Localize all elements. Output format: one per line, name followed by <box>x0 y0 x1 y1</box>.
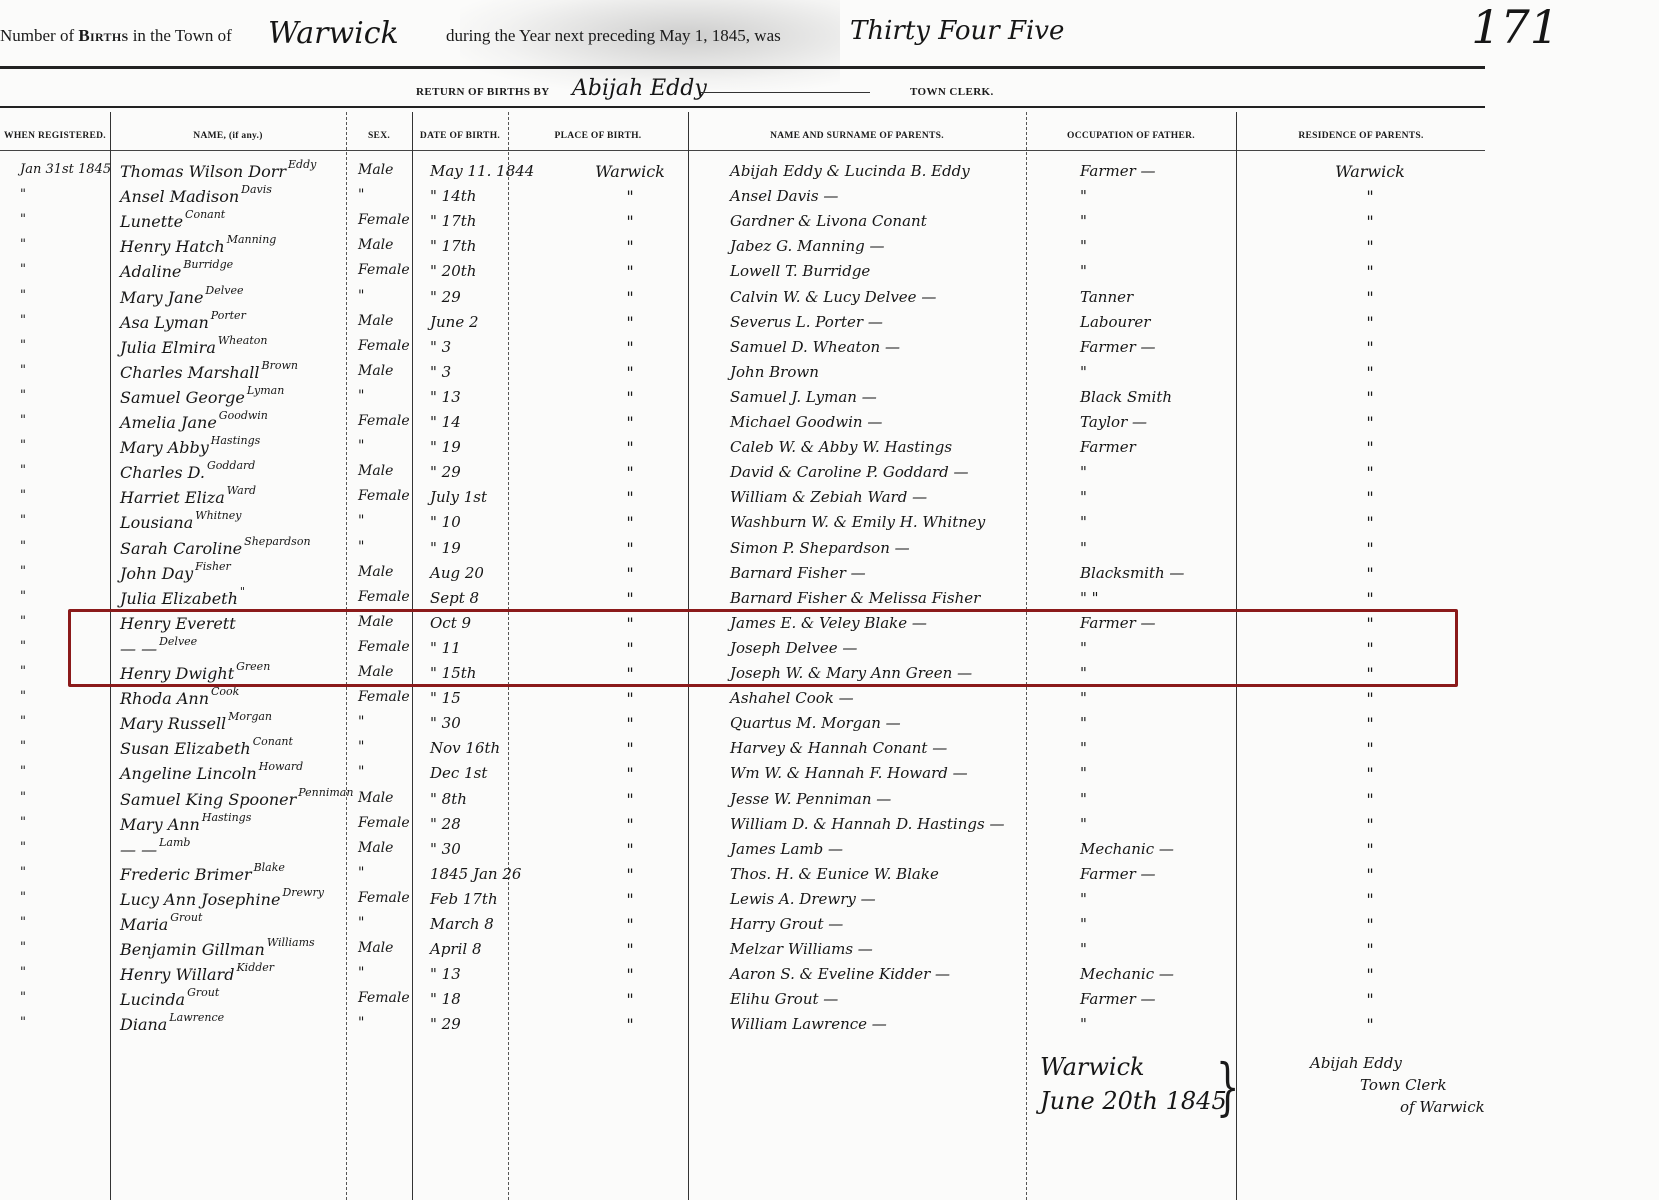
residence-cell: " <box>1300 940 1440 959</box>
table-row: " Henry HatchManning Male " 17th " Jabez… <box>0 235 1580 260</box>
surname: Hastings <box>211 434 261 447</box>
registered-cell: " <box>20 187 105 202</box>
surname: Eddy <box>288 158 316 171</box>
sex-cell: Female <box>358 338 418 354</box>
table-row: " Ansel MadisonDavis " " 14th " Ansel Da… <box>0 185 1580 210</box>
given-name: Samuel King Spooner <box>120 790 296 809</box>
surname: Wheaton <box>218 334 268 347</box>
sex-cell: Female <box>358 488 418 504</box>
place-cell: " <box>555 413 705 432</box>
birth-register-page: Number of Births in the Town of Warwick … <box>0 0 1659 1200</box>
return-line: RETURN OF BIRTHS BY Abijah Eddy TOWN CLE… <box>0 76 1580 106</box>
table-row: " Lucy Ann JosephineDrewry Female Feb 17… <box>0 888 1580 913</box>
given-name: Amelia Jane <box>120 413 217 432</box>
highlight-box <box>68 609 1458 687</box>
table-row: " Harriet ElizaWard Female July 1st " Wi… <box>0 486 1580 511</box>
parents-cell: Ashahel Cook — <box>730 689 1060 707</box>
place-cell: " <box>555 739 705 758</box>
table-row: " AdalineBurridge Female " 20th " Lowell… <box>0 260 1580 285</box>
date-cell: " 13 <box>430 388 525 406</box>
given-name: Charles Marshall <box>120 363 259 382</box>
parents-cell: Elihu Grout — <box>730 990 1060 1008</box>
date-cell: " 30 <box>430 714 525 732</box>
given-name: Diana <box>120 1015 167 1034</box>
date-cell: July 1st <box>430 488 525 506</box>
occupation-cell: " <box>1080 739 1240 757</box>
occupation-cell: Farmer <box>1080 438 1240 456</box>
date-cell: April 8 <box>430 940 525 958</box>
birth-count: Thirty Four Five <box>850 16 1064 46</box>
occupation-cell: Taylor — <box>1080 413 1240 431</box>
surname: Shepardson <box>244 535 310 548</box>
surname: Delvee <box>205 284 243 297</box>
place-cell: " <box>555 388 705 407</box>
place-cell: " <box>555 865 705 884</box>
registered-cell: " <box>20 815 105 830</box>
given-name: Henry Hatch <box>120 237 225 256</box>
registered-cell: " <box>20 438 105 453</box>
sex-cell: " <box>358 1015 418 1031</box>
place-cell: " <box>555 313 705 332</box>
date-cell: Dec 1st <box>430 764 525 782</box>
table-row: " Samuel GeorgeLyman " " 13 " Samuel J. … <box>0 386 1580 411</box>
given-name: Thomas Wilson Dorr <box>120 162 286 181</box>
place-cell: " <box>555 338 705 357</box>
registered-cell: " <box>20 990 105 1005</box>
given-name: Frederic Brimer <box>120 865 252 884</box>
name-cell: Samuel King SpoonerPenniman <box>120 790 360 809</box>
place-cell: " <box>555 790 705 809</box>
given-name: Benjamin Gillman <box>120 940 265 959</box>
col-place-of-birth: PLACE OF BIRTH. <box>508 118 688 154</box>
town-clerk-label: TOWN CLERK. <box>910 86 994 98</box>
footer-place: Warwick <box>1040 1050 1227 1084</box>
name-cell: Charles MarshallBrown <box>120 363 360 382</box>
occupation-cell: " " <box>1080 589 1240 607</box>
sex-cell: " <box>358 764 418 780</box>
occupation-cell: Mechanic — <box>1080 840 1240 858</box>
table-row: " Charles D.Goddard Male " 29 " David & … <box>0 461 1580 486</box>
surname: Lyman <box>247 384 284 397</box>
footer-signature: Abijah Eddy Town Clerk of Warwick <box>1310 1052 1485 1118</box>
date-cell: " 19 <box>430 438 525 456</box>
date-cell: " 29 <box>430 463 525 481</box>
date-cell: " 20th <box>430 262 525 280</box>
parents-cell: Wm W. & Hannah F. Howard — <box>730 764 1060 782</box>
occupation-cell: Mechanic — <box>1080 965 1240 983</box>
residence-cell: " <box>1300 438 1440 457</box>
parents-cell: John Brown <box>730 363 1060 381</box>
sex-cell: Male <box>358 840 418 856</box>
surname: Goddard <box>207 459 255 472</box>
header-top-rule <box>0 106 1485 108</box>
surname: Conant <box>185 208 225 221</box>
name-cell: Henry WillardKidder <box>120 965 360 984</box>
parents-cell: Samuel D. Wheaton — <box>730 338 1060 356</box>
occupation-cell: " <box>1080 212 1240 230</box>
place-cell: " <box>555 513 705 532</box>
table-row: " Mary RussellMorgan " " 30 " Quartus M.… <box>0 712 1580 737</box>
name-cell: Julia Elizabeth" <box>120 589 360 608</box>
surname: Drewry <box>282 886 323 899</box>
occupation-cell: " <box>1080 237 1240 255</box>
name-cell: Mary RussellMorgan <box>120 714 360 733</box>
name-cell: Ansel MadisonDavis <box>120 187 360 206</box>
surname: Davis <box>241 183 272 196</box>
parents-cell: James Lamb — <box>730 840 1060 858</box>
sex-cell: " <box>358 865 418 881</box>
residence-cell: " <box>1300 689 1440 708</box>
name-cell: Frederic BrimerBlake <box>120 865 360 884</box>
registered-cell: " <box>20 237 105 252</box>
occupation-cell: Farmer — <box>1080 865 1240 883</box>
parents-cell: Jabez G. Manning — <box>730 237 1060 255</box>
registered-cell: " <box>20 1015 105 1030</box>
date-cell: " 13 <box>430 965 525 983</box>
place-cell: " <box>555 187 705 206</box>
registered-cell: " <box>20 488 105 503</box>
registered-cell: " <box>20 313 105 328</box>
given-name: Maria <box>120 915 168 934</box>
sex-cell: Male <box>358 564 418 580</box>
residence-cell: " <box>1300 513 1440 532</box>
parents-cell: Lowell T. Burridge <box>730 262 1060 280</box>
table-row: " LousianaWhitney " " 10 " Washburn W. &… <box>0 511 1580 536</box>
surname: Howard <box>259 760 304 773</box>
residence-cell: " <box>1300 363 1440 382</box>
parents-cell: William D. & Hannah D. Hastings — <box>730 815 1060 833</box>
period-phrase: during the Year next preceding May 1, 18… <box>446 26 781 46</box>
place-cell: " <box>555 940 705 959</box>
table-row: " — —Lamb Male " 30 " James Lamb — Mecha… <box>0 838 1580 863</box>
parents-cell: Caleb W. & Abby W. Hastings <box>730 438 1060 456</box>
sex-cell: Male <box>358 790 418 806</box>
place-cell: " <box>555 438 705 457</box>
surname: Whitney <box>195 509 241 522</box>
residence-cell: " <box>1300 965 1440 984</box>
registered-cell: " <box>20 212 105 227</box>
given-name: Mary Russell <box>120 714 226 733</box>
occupation-cell: " <box>1080 915 1240 933</box>
occupation-cell: " <box>1080 262 1240 280</box>
name-cell: LousianaWhitney <box>120 513 360 532</box>
name-cell: Amelia JaneGoodwin <box>120 413 360 432</box>
table-row: " Amelia JaneGoodwin Female " 14 " Micha… <box>0 411 1580 436</box>
given-name: Adaline <box>120 262 181 281</box>
residence-cell: " <box>1300 187 1440 206</box>
residence-cell: " <box>1300 840 1440 859</box>
place-cell: " <box>555 262 705 281</box>
register-title: Number of Births in the Town of Warwick … <box>0 14 1580 64</box>
table-row: " John DayFisher Male Aug 20 " Barnard F… <box>0 562 1580 587</box>
date-cell: " 18 <box>430 990 525 1008</box>
place-cell: " <box>555 890 705 909</box>
given-name: Samuel George <box>120 388 245 407</box>
parents-cell: Barnard Fisher & Melissa Fisher <box>730 589 1060 607</box>
parents-cell: Harry Grout — <box>730 915 1060 933</box>
place-cell: Warwick <box>555 162 705 181</box>
registered-cell: " <box>20 689 105 704</box>
given-name: Harriet Eliza <box>120 488 225 507</box>
title-prefix: Number of Births in the Town of <box>0 26 232 46</box>
sex-cell: Female <box>358 815 418 831</box>
place-cell: " <box>555 1015 705 1034</box>
residence-cell: " <box>1300 915 1440 934</box>
name-cell: LunetteConant <box>120 212 360 231</box>
residence-cell: " <box>1300 313 1440 332</box>
residence-cell: " <box>1300 338 1440 357</box>
name-cell: AdalineBurridge <box>120 262 360 281</box>
date-cell: June 2 <box>430 313 525 331</box>
date-cell: " 3 <box>430 338 525 356</box>
table-row: " Mary AnnHastings Female " 28 " William… <box>0 813 1580 838</box>
table-row: " Susan ElizabethConant " Nov 16th " Har… <box>0 737 1580 762</box>
title-rule <box>0 66 1485 69</box>
date-cell: Aug 20 <box>430 564 525 582</box>
name-cell: Sarah CarolineShepardson <box>120 539 360 558</box>
residence-cell: " <box>1300 413 1440 432</box>
place-cell: " <box>555 689 705 708</box>
given-name: Angeline Lincoln <box>120 764 257 783</box>
surname: Penniman <box>298 786 353 799</box>
return-label: RETURN OF BIRTHS BY <box>416 86 550 98</box>
date-cell: " 3 <box>430 363 525 381</box>
occupation-cell: " <box>1080 890 1240 908</box>
name-cell: MariaGrout <box>120 915 360 934</box>
table-row: " DianaLawrence " " 29 " William Lawrenc… <box>0 1013 1580 1038</box>
sex-cell: " <box>358 965 418 981</box>
residence-cell: " <box>1300 463 1440 482</box>
surname: Morgan <box>228 710 272 723</box>
given-name: Mary Ann <box>120 815 200 834</box>
parents-cell: Gardner & Livona Conant <box>730 212 1060 230</box>
sex-cell: " <box>358 739 418 755</box>
residence-cell: " <box>1300 589 1440 608</box>
occupation-cell: " <box>1080 764 1240 782</box>
clerk-name: Abijah Eddy <box>572 76 707 101</box>
date-cell: " 19 <box>430 539 525 557</box>
name-cell: Rhoda AnnCook <box>120 689 360 708</box>
occupation-cell: Farmer — <box>1080 162 1240 180</box>
date-cell: May 11. 1844 <box>430 162 525 180</box>
name-cell: Charles D.Goddard <box>120 463 360 482</box>
place-cell: " <box>555 714 705 733</box>
table-row: " Mary AbbyHastings " " 19 " Caleb W. & … <box>0 436 1580 461</box>
name-cell: Lucy Ann JosephineDrewry <box>120 890 360 909</box>
parents-cell: Samuel J. Lyman — <box>730 388 1060 406</box>
date-cell: March 8 <box>430 915 525 933</box>
name-cell: Henry HatchManning <box>120 237 360 256</box>
table-row: " Sarah CarolineShepardson " " 19 " Simo… <box>0 537 1580 562</box>
col-name: NAME, (if any.) <box>110 118 346 154</box>
sex-cell: Male <box>358 363 418 379</box>
parents-cell: Severus L. Porter — <box>730 313 1060 331</box>
col-when-registered: WHEN REGISTERED. <box>0 118 110 154</box>
place-cell: " <box>555 488 705 507</box>
registered-cell: " <box>20 288 105 303</box>
place-cell: " <box>555 990 705 1009</box>
table-row: " Asa LymanPorter Male June 2 " Severus … <box>0 311 1580 336</box>
place-cell: " <box>555 463 705 482</box>
surname: Lamb <box>159 836 190 849</box>
sex-cell: Female <box>358 890 418 906</box>
registered-cell: Jan 31st 1845 <box>20 162 105 177</box>
given-name: Mary Jane <box>120 288 203 307</box>
brace-icon: } <box>1216 1050 1240 1123</box>
parents-cell: Aaron S. & Eveline Kidder — <box>730 965 1060 983</box>
registered-cell: " <box>20 915 105 930</box>
sex-cell: " <box>358 915 418 931</box>
col-parents: NAME AND SURNAME OF PARENTS. <box>688 118 1026 154</box>
date-cell: Sept 8 <box>430 589 525 607</box>
occupation-cell: " <box>1080 539 1240 557</box>
page-number: 171 <box>1471 0 1559 54</box>
date-cell: " 17th <box>430 237 525 255</box>
date-cell: " 17th <box>430 212 525 230</box>
occupation-cell: " <box>1080 714 1240 732</box>
given-name: Julia Elmira <box>120 338 216 357</box>
surname: Ward <box>227 484 256 497</box>
surname: Hastings <box>202 811 252 824</box>
date-cell: " 28 <box>430 815 525 833</box>
name-cell: Asa LymanPorter <box>120 313 360 332</box>
parents-cell: Simon P. Shepardson — <box>730 539 1060 557</box>
place-cell: " <box>555 915 705 934</box>
parents-cell: Lewis A. Drewry — <box>730 890 1060 908</box>
given-name: Charles D. <box>120 463 205 482</box>
place-cell: " <box>555 564 705 583</box>
col-date-of-birth: DATE OF BIRTH. <box>412 118 508 154</box>
table-row: " Benjamin GillmanWilliams Male April 8 … <box>0 938 1580 963</box>
parents-cell: Ansel Davis — <box>730 187 1060 205</box>
registered-cell: " <box>20 363 105 378</box>
parents-cell: Melzar Williams — <box>730 940 1060 958</box>
name-cell: Mary JaneDelvee <box>120 288 360 307</box>
col-residence: RESIDENCE OF PARENTS. <box>1236 118 1486 154</box>
footer-place-date: Warwick June 20th 1845 <box>1040 1050 1227 1118</box>
registered-cell: " <box>20 865 105 880</box>
table-row: " Henry WillardKidder " " 13 " Aaron S. … <box>0 963 1580 988</box>
occupation-cell: Blacksmith — <box>1080 564 1240 582</box>
surname: Fisher <box>195 560 231 573</box>
registered-cell: " <box>20 764 105 779</box>
name-cell: — —Lamb <box>120 840 360 859</box>
given-name: Lunette <box>120 212 183 231</box>
name-cell: Thomas Wilson DorrEddy <box>120 162 360 181</box>
name-cell: DianaLawrence <box>120 1015 360 1034</box>
occupation-cell: " <box>1080 488 1240 506</box>
surname: " <box>240 585 245 598</box>
occupation-cell: Labourer <box>1080 313 1240 331</box>
given-name: Henry Willard <box>120 965 234 984</box>
given-name: Lucy Ann Josephine <box>120 890 280 909</box>
occupation-cell: " <box>1080 187 1240 205</box>
given-name: John Day <box>120 564 193 583</box>
occupation-cell: " <box>1080 815 1240 833</box>
residence-cell: " <box>1300 990 1440 1009</box>
signature-title: Town Clerk <box>1310 1074 1485 1096</box>
date-cell: Nov 16th <box>430 739 525 757</box>
table-row: " Samuel King SpoonerPenniman Male " 8th… <box>0 788 1580 813</box>
given-name: Lousiana <box>120 513 193 532</box>
col-sex: SEX. <box>346 118 412 154</box>
occupation-cell: Tanner <box>1080 288 1240 306</box>
registered-cell: " <box>20 714 105 729</box>
date-cell: Feb 17th <box>430 890 525 908</box>
surname: Cook <box>211 685 239 698</box>
date-cell: " 29 <box>430 1015 525 1033</box>
sex-cell: " <box>358 187 418 203</box>
clerk-underline <box>700 92 870 93</box>
given-name: Lucinda <box>120 990 185 1009</box>
parents-cell: Thos. H. & Eunice W. Blake <box>730 865 1060 883</box>
occupation-cell: " <box>1080 1015 1240 1033</box>
given-name: Ansel Madison <box>120 187 239 206</box>
place-cell: " <box>555 764 705 783</box>
table-row: Jan 31st 1845 Thomas Wilson DorrEddy Mal… <box>0 160 1580 185</box>
name-cell: LucindaGrout <box>120 990 360 1009</box>
name-cell: Mary AnnHastings <box>120 815 360 834</box>
signature-name: Abijah Eddy <box>1310 1052 1485 1074</box>
registered-cell: " <box>20 388 105 403</box>
surname: Kidder <box>236 961 274 974</box>
residence-cell: " <box>1300 890 1440 909</box>
date-cell: " 14th <box>430 187 525 205</box>
sex-cell: Female <box>358 413 418 429</box>
residence-cell: " <box>1300 564 1440 583</box>
sex-cell: " <box>358 288 418 304</box>
table-row: " Julia ElmiraWheaton Female " 3 " Samue… <box>0 336 1580 361</box>
surname: Grout <box>170 911 202 924</box>
table-row: " MariaGrout " March 8 " Harry Grout — "… <box>0 913 1580 938</box>
given-name: Asa Lyman <box>120 313 209 332</box>
surname: Goodwin <box>219 409 268 422</box>
residence-cell: " <box>1300 739 1440 758</box>
registered-cell: " <box>20 564 105 579</box>
registered-cell: " <box>20 940 105 955</box>
date-cell: " 30 <box>430 840 525 858</box>
name-cell: Angeline LincolnHoward <box>120 764 360 783</box>
place-cell: " <box>555 589 705 608</box>
residence-cell: Warwick <box>1300 162 1440 181</box>
sex-cell: Male <box>358 237 418 253</box>
residence-cell: " <box>1300 488 1440 507</box>
place-cell: " <box>555 840 705 859</box>
name-cell: John DayFisher <box>120 564 360 583</box>
residence-cell: " <box>1300 764 1440 783</box>
occupation-cell: " <box>1080 790 1240 808</box>
sex-cell: Male <box>358 313 418 329</box>
town-name: Warwick <box>268 16 399 51</box>
registered-cell: " <box>20 413 105 428</box>
name-cell: Julia ElmiraWheaton <box>120 338 360 357</box>
registered-cell: " <box>20 589 105 604</box>
residence-cell: " <box>1300 1015 1440 1034</box>
signature-of: of Warwick <box>1310 1096 1485 1118</box>
surname: Manning <box>227 233 277 246</box>
registered-cell: " <box>20 965 105 980</box>
residence-cell: " <box>1300 237 1440 256</box>
parents-cell: Quartus M. Morgan — <box>730 714 1060 732</box>
parents-cell: William & Zebiah Ward — <box>730 488 1060 506</box>
table-row: " Angeline LincolnHoward " Dec 1st " Wm … <box>0 762 1580 787</box>
place-cell: " <box>555 965 705 984</box>
surname: Williams <box>267 936 315 949</box>
header-bottom-rule <box>0 150 1485 151</box>
date-cell: " 15 <box>430 689 525 707</box>
surname: Blake <box>254 861 285 874</box>
registered-cell: " <box>20 539 105 554</box>
